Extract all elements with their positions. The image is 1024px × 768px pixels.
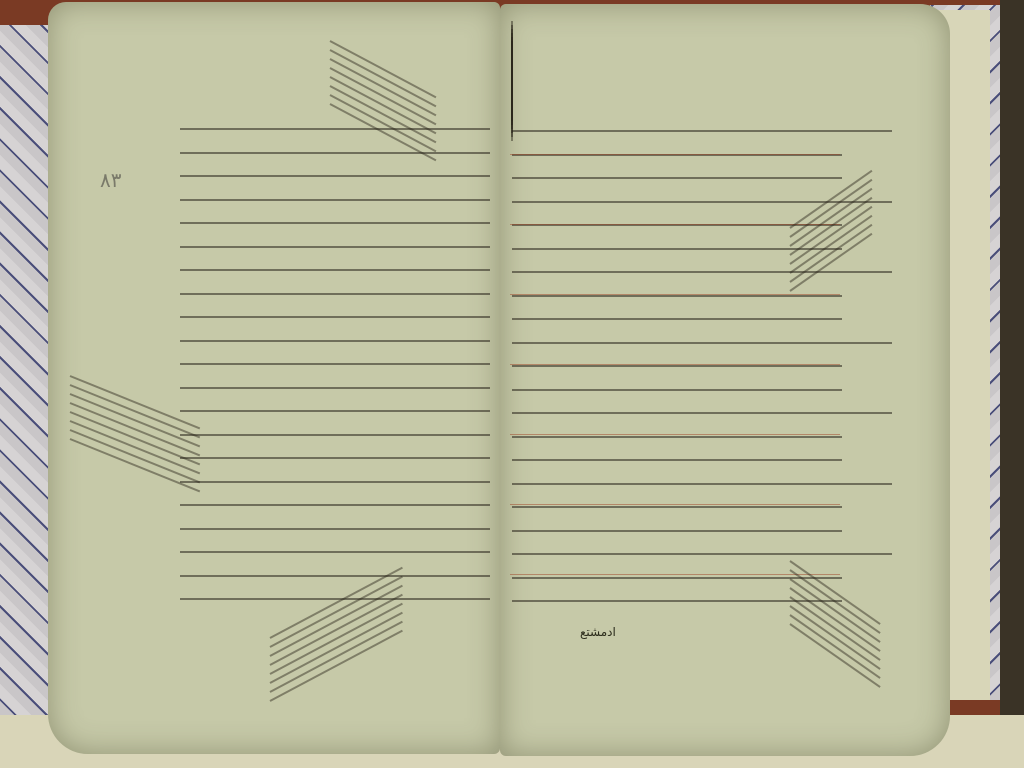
right-page <box>500 4 950 756</box>
ink-line <box>512 412 892 414</box>
ink-line <box>510 154 840 155</box>
ink-line <box>180 175 490 177</box>
ink-line <box>512 436 842 438</box>
ink-line <box>510 364 840 365</box>
ink-line <box>180 551 490 553</box>
ink-line <box>511 41 513 141</box>
folio-number: ٨٣ <box>100 168 121 192</box>
ink-line <box>512 530 842 532</box>
ink-line <box>180 387 490 389</box>
ink-line <box>512 271 892 273</box>
ink-line <box>510 434 840 435</box>
ink-line <box>512 553 892 555</box>
ink-line <box>512 577 842 579</box>
catchword: ادمشتع <box>580 625 616 639</box>
ink-line <box>180 598 490 600</box>
ink-line <box>180 528 490 530</box>
ink-line <box>180 575 490 577</box>
ink-line <box>510 294 840 295</box>
ink-line <box>180 222 490 224</box>
ink-line <box>180 128 490 130</box>
ink-line <box>512 389 842 391</box>
ink-line <box>510 504 840 505</box>
ink-line <box>180 457 490 459</box>
ink-line <box>512 365 842 367</box>
ink-line <box>512 130 892 132</box>
ink-line <box>512 201 892 203</box>
ink-line <box>512 459 842 461</box>
ink-line <box>512 248 842 250</box>
ink-line <box>180 152 490 154</box>
ink-line <box>180 269 490 271</box>
ink-line <box>512 318 842 320</box>
ink-line <box>180 199 490 201</box>
ink-line <box>180 504 490 506</box>
ink-line <box>180 410 490 412</box>
ink-line <box>512 177 842 179</box>
ink-line <box>180 363 490 365</box>
ink-line <box>180 316 490 318</box>
ink-line <box>180 293 490 295</box>
ink-line <box>512 342 892 344</box>
ink-line <box>180 340 490 342</box>
ink-line <box>510 574 840 575</box>
ink-line <box>180 434 490 436</box>
ink-line <box>512 483 892 485</box>
ink-line <box>512 506 842 508</box>
ink-line <box>180 481 490 483</box>
ink-line <box>180 246 490 248</box>
